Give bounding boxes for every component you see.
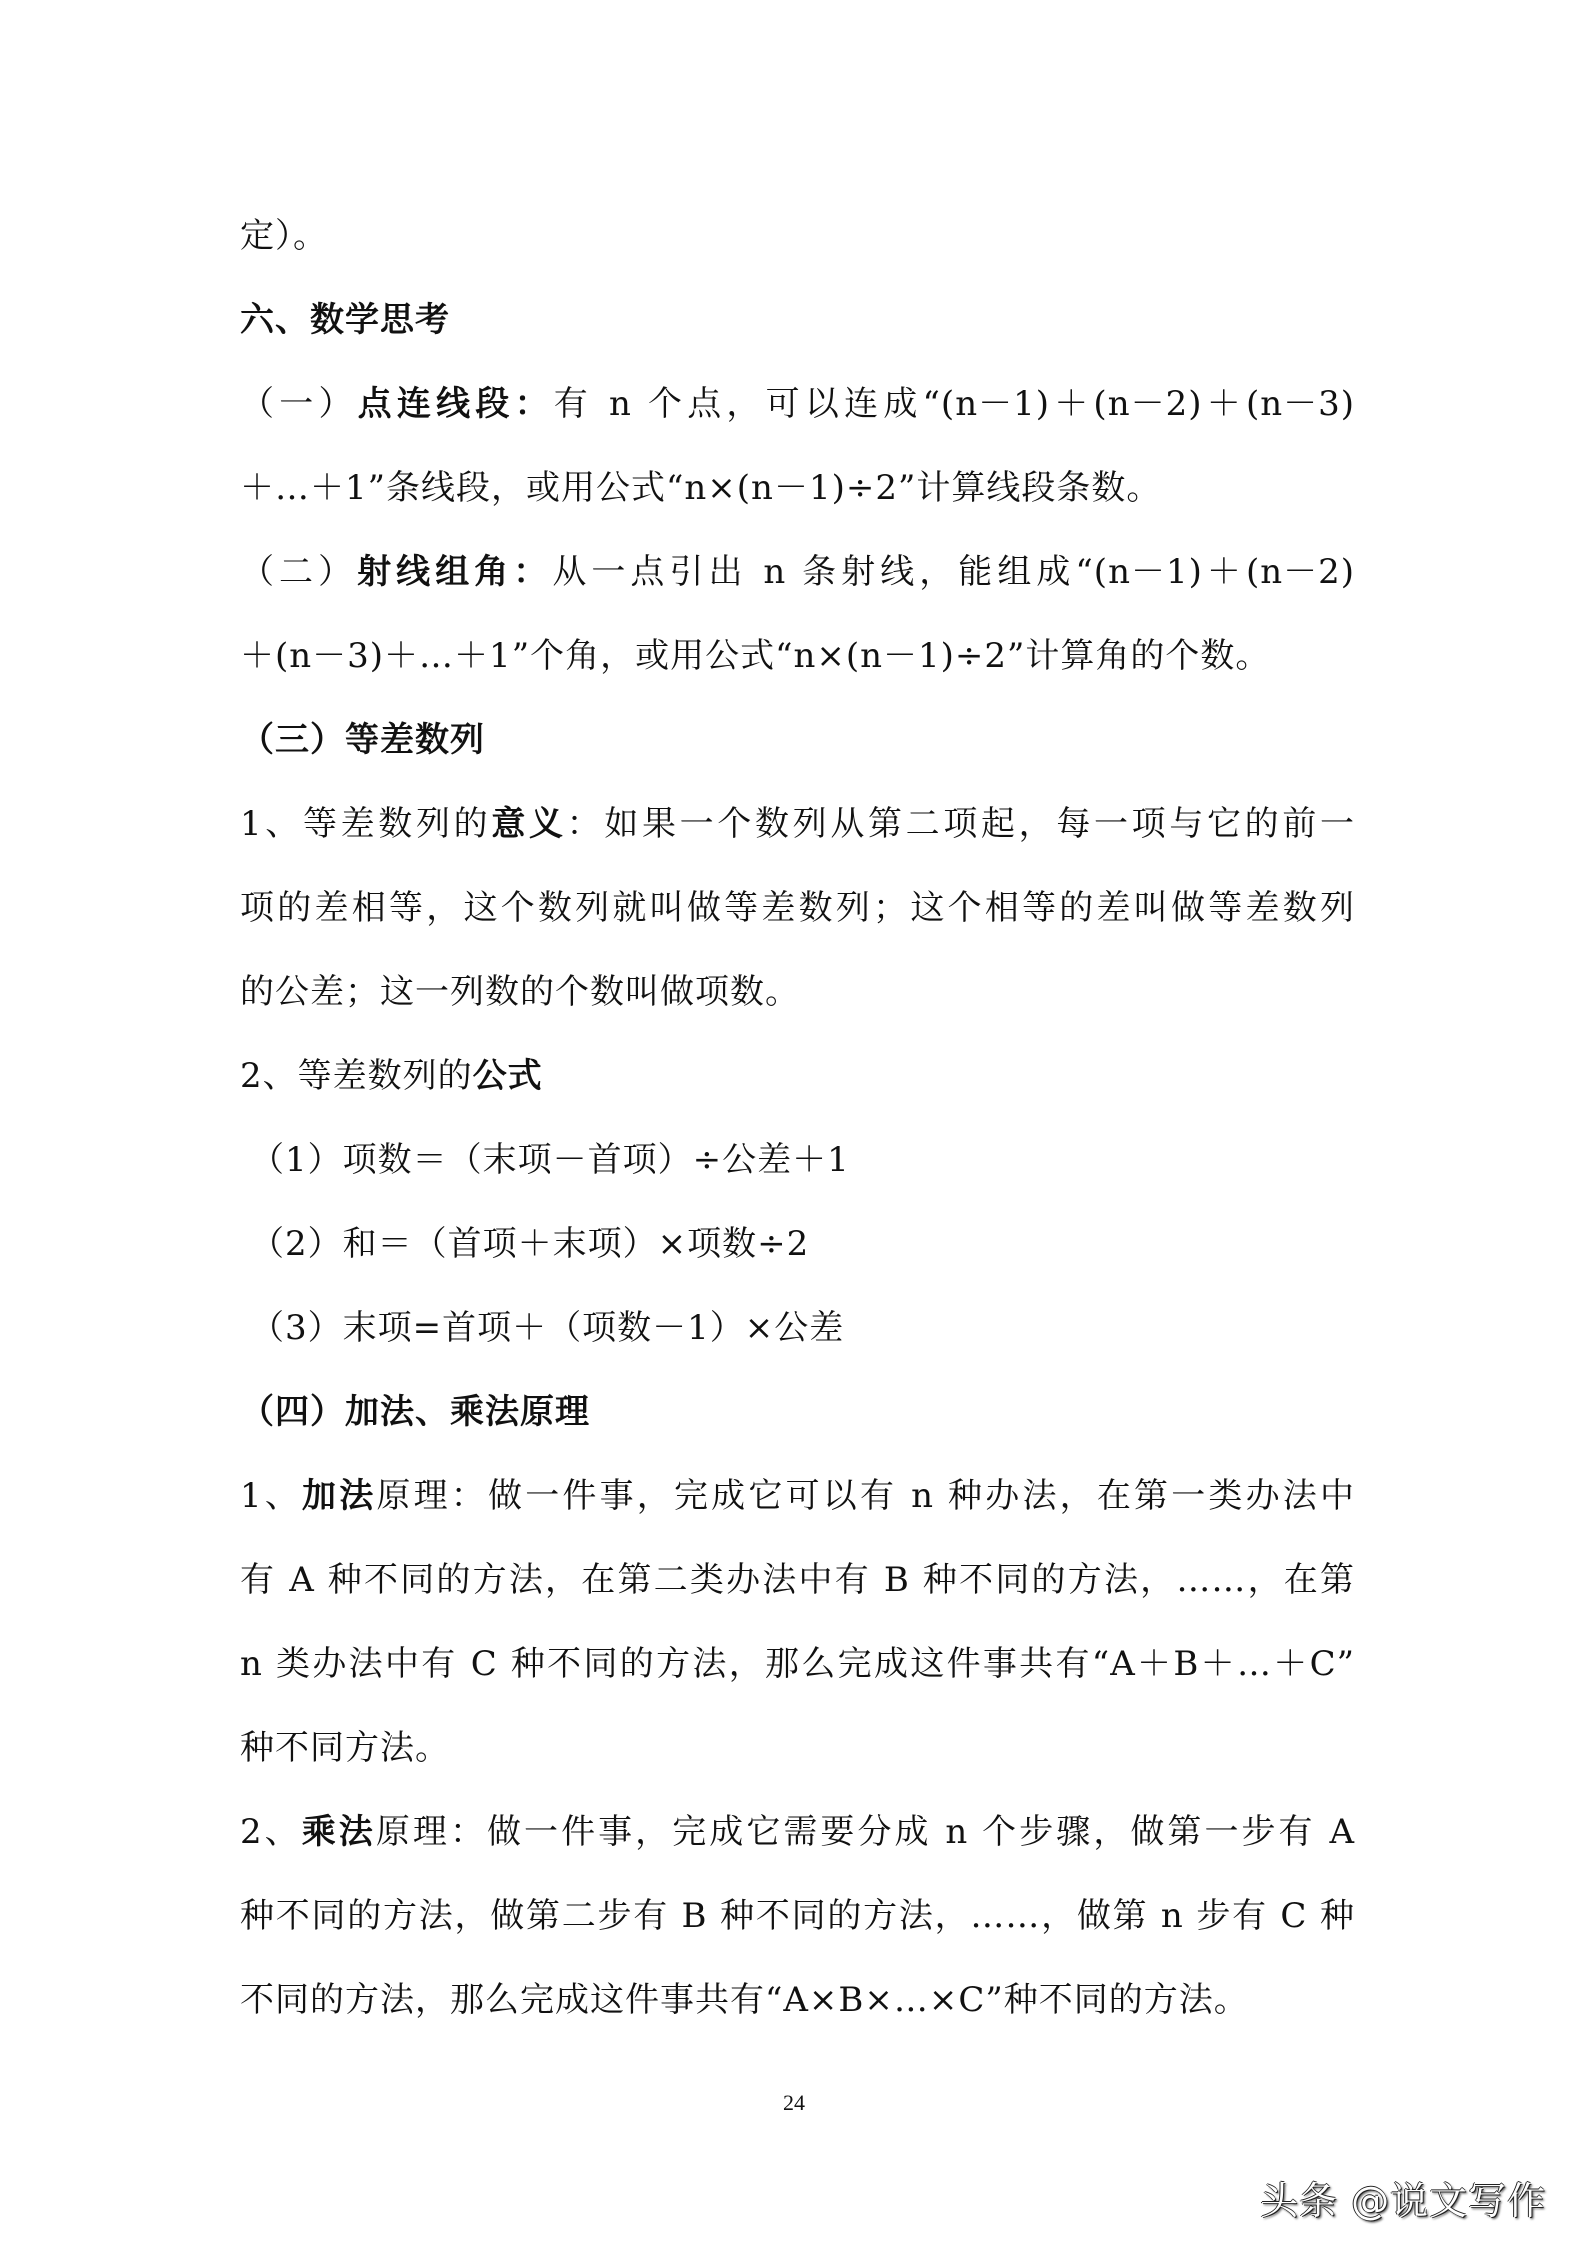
subsection-heading-addition-multiplication: （四）加法、乘法原理: [240, 1390, 1355, 1434]
term-bold: 射线组角：: [357, 552, 552, 592]
text: ：如果一个数列从第二项起，每一项与它的前一: [567, 804, 1355, 844]
sequence-meaning-paragraph-cont: 项的差相等，这个数列就叫做等差数列；这个相等的差叫做等差数列: [240, 886, 1355, 930]
heading-text: （四）加法、乘法原理: [240, 1392, 590, 1432]
section-heading-math-thinking: 六、数学思考: [240, 298, 1355, 342]
text: 有 n 个点，可以连成“(n－1)＋(n－2)＋(n－3): [554, 384, 1355, 424]
text: 1、等差数列的: [240, 804, 491, 844]
addition-principle-paragraph-cont2: n 类办法中有 C 种不同的方法，那么完成这件事共有“A＋B＋…＋C”: [240, 1642, 1355, 1686]
formula-last-term: （3）末项=首项＋（项数－1）×公差: [250, 1306, 1365, 1350]
term-bold: 点连线段：: [358, 384, 554, 424]
formula-text: （3）末项=首项＋（项数－1）×公差: [250, 1308, 844, 1348]
text: 有 A 种不同的方法，在第二类办法中有 B 种不同的方法，……，在第: [240, 1560, 1355, 1600]
text: 原理：做一件事，完成它需要分成 n 个步骤，做第一步有 A: [376, 1812, 1355, 1852]
sequence-meaning-paragraph: 1、等差数列的意义：如果一个数列从第二项起，每一项与它的前一: [240, 802, 1355, 846]
multiplication-principle-paragraph-end: 不同的方法，那么完成这件事共有“A×B×…×C”种不同的方法。: [240, 1978, 1355, 2022]
text: 原理：做一件事，完成它可以有 n 种办法，在第一类办法中: [376, 1476, 1355, 1516]
sequence-meaning-paragraph-end: 的公差；这一列数的个数叫做项数。: [240, 970, 1355, 1014]
text: 种不同方法。: [240, 1728, 450, 1768]
text: 项的差相等，这个数列就叫做等差数列；这个相等的差叫做等差数列: [240, 888, 1355, 928]
formula-sum: （2）和＝（首项＋末项）×项数÷2: [250, 1222, 1365, 1266]
text: 的公差；这一列数的个数叫做项数。: [240, 972, 800, 1012]
text: 不同的方法，那么完成这件事共有“A×B×…×C”种不同的方法。: [240, 1980, 1249, 2020]
text: ＋…＋1”条线段，或用公式“n×(n－1)÷2”计算线段条数。: [240, 468, 1161, 508]
text: 2、等差数列的: [240, 1056, 473, 1096]
watermark: 头条 @说文写作: [1260, 2170, 1546, 2225]
page-number: 24: [783, 2090, 805, 2116]
text: 从一点引出 n 条射线，能组成“(n－1)＋(n－2): [552, 552, 1355, 592]
multiplication-principle-paragraph-cont: 种不同的方法，做第二步有 B 种不同的方法，……，做第 n 步有 C 种: [240, 1894, 1355, 1938]
term-bold: 乘法: [302, 1812, 376, 1852]
term-bold: 意义: [491, 804, 566, 844]
addition-principle-paragraph-cont: 有 A 种不同的方法，在第二类办法中有 B 种不同的方法，……，在第: [240, 1558, 1355, 1602]
subsection-number: （二）: [240, 552, 357, 592]
sequence-formula-heading: 2、等差数列的公式: [240, 1054, 1355, 1098]
addition-principle-paragraph: 1、加法原理：做一件事，完成它可以有 n 种办法，在第一类办法中: [240, 1474, 1355, 1518]
formula-text: （1）项数＝（末项－首项）÷公差＋1: [250, 1140, 850, 1180]
point-line-segment-paragraph: （一）点连线段：有 n 个点，可以连成“(n－1)＋(n－2)＋(n－3): [240, 382, 1355, 426]
formula-term-count: （1）项数＝（末项－首项）÷公差＋1: [250, 1138, 1365, 1182]
heading-text: （三）等差数列: [240, 720, 485, 760]
term-bold: 加法: [302, 1476, 376, 1516]
heading-text: 六、数学思考: [240, 300, 450, 340]
addition-principle-paragraph-end: 种不同方法。: [240, 1726, 1355, 1770]
term-bold: 公式: [473, 1056, 543, 1096]
document-page: 定）。 六、数学思考 （一）点连线段：有 n 个点，可以连成“(n－1)＋(n－…: [0, 0, 1587, 2245]
multiplication-principle-paragraph: 2、乘法原理：做一件事，完成它需要分成 n 个步骤，做第一步有 A: [240, 1810, 1355, 1854]
text: 定）。: [240, 216, 328, 256]
subsection-heading-arithmetic-sequence: （三）等差数列: [240, 718, 1355, 762]
formula-text: （2）和＝（首项＋末项）×项数÷2: [250, 1224, 809, 1264]
text: 2、: [240, 1812, 302, 1852]
text: 1、: [240, 1476, 302, 1516]
subsection-number: （一）: [240, 384, 358, 424]
text: n 类办法中有 C 种不同的方法，那么完成这件事共有“A＋B＋…＋C”: [240, 1644, 1355, 1684]
paragraph-continuation: 定）。: [240, 214, 1355, 258]
text: ＋(n－3)＋…＋1”个角，或用公式“n×(n－1)÷2”计算角的个数。: [240, 636, 1270, 676]
ray-angle-paragraph-cont: ＋(n－3)＋…＋1”个角，或用公式“n×(n－1)÷2”计算角的个数。: [240, 634, 1355, 678]
text: 种不同的方法，做第二步有 B 种不同的方法，……，做第 n 步有 C 种: [240, 1896, 1355, 1936]
ray-angle-paragraph: （二）射线组角：从一点引出 n 条射线，能组成“(n－1)＋(n－2): [240, 550, 1355, 594]
point-line-segment-paragraph-cont: ＋…＋1”条线段，或用公式“n×(n－1)÷2”计算线段条数。: [240, 466, 1355, 510]
